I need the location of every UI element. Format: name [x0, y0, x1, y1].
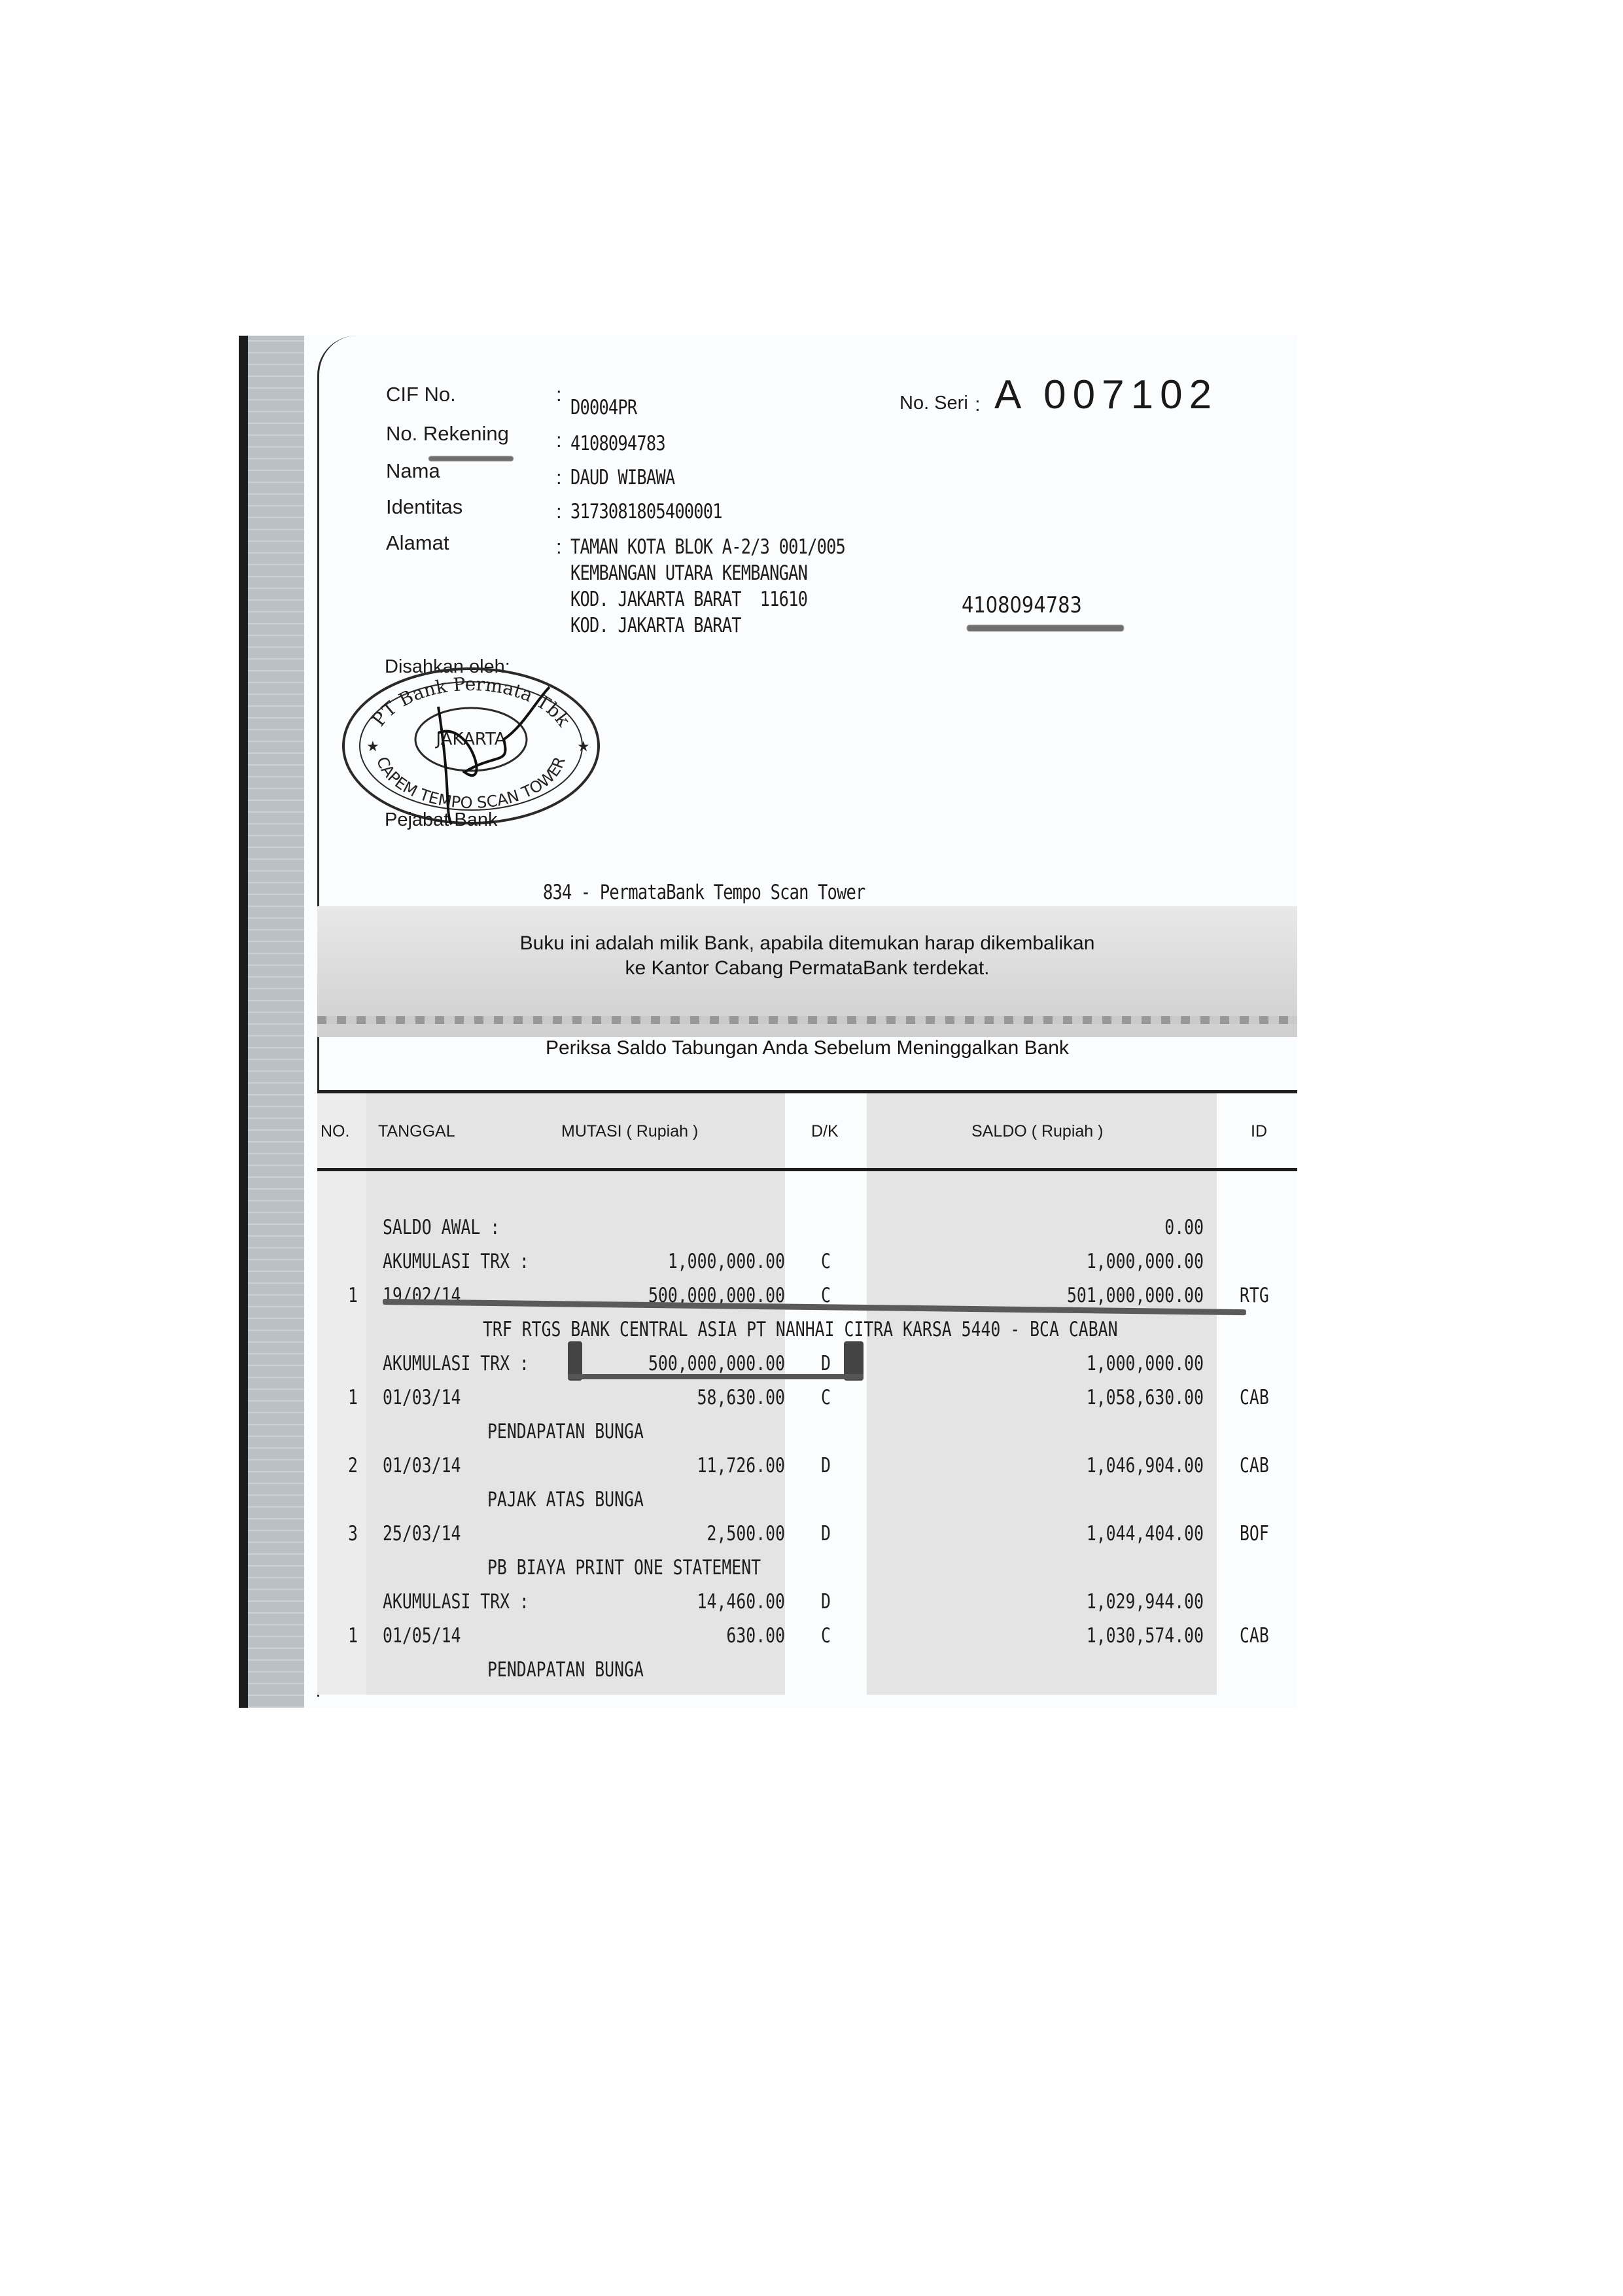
identitas-value: 3173081805400001: [570, 500, 722, 523]
row-id: CAB: [1240, 1386, 1269, 1409]
row-dk: D: [821, 1522, 831, 1545]
row-dk: D: [821, 1590, 831, 1614]
notice-line-1: Buku ini adalah milik Bank, apabila dite…: [317, 932, 1297, 955]
row-saldo: 1,029,944.00: [994, 1590, 1204, 1614]
table-top-rule: [317, 1090, 1297, 1093]
alamat-line-3: KOD. JAKARTA BARAT 11610: [570, 588, 807, 611]
passbook-binding: [239, 336, 304, 1708]
bank-stamp-icon: JAKARTA PT Bank Permata Tbk CAPEM TEMPO …: [340, 661, 615, 831]
svg-text:★: ★: [577, 738, 590, 754]
alamat-line-2: KEMBANGAN UTARA KEMBANGAN: [570, 561, 807, 585]
row-description: TRF RTGS BANK CENTRAL ASIA PT NANHAI CIT…: [483, 1318, 1118, 1341]
row-dk: D: [821, 1454, 831, 1477]
row-description: PB BIAYA PRINT ONE STATEMENT: [487, 1556, 761, 1580]
row-id: CAB: [1240, 1454, 1269, 1477]
colon: :: [556, 500, 562, 523]
row-dk: C: [821, 1624, 831, 1648]
row-saldo: 1,000,000.00: [994, 1352, 1204, 1375]
row-dk: D: [821, 1352, 831, 1375]
colon: :: [556, 429, 562, 452]
ink-underline: [967, 625, 1124, 631]
row-id: RTG: [1240, 1284, 1269, 1307]
seri-label: No. Seri: [899, 393, 968, 414]
alamat-line-4: KOD. JAKARTA BARAT: [570, 614, 741, 637]
row-mutasi: 14,460.00: [628, 1590, 785, 1614]
row-description: PENDAPATAN BUNGA: [487, 1658, 644, 1682]
cif-label: CIF No.: [386, 383, 456, 406]
nama-label: Nama: [386, 459, 440, 483]
row-mutasi: 58,630.00: [628, 1386, 785, 1409]
row-tanggal: 01/03/14: [383, 1386, 461, 1409]
row-no: 1: [348, 1386, 358, 1409]
no-column-shade: [317, 1093, 366, 1695]
row-no: 1: [348, 1624, 358, 1648]
row-description: PENDAPATAN BUNGA: [487, 1420, 644, 1443]
row-saldo: 1,044,404.00: [994, 1522, 1204, 1545]
row-dk: C: [821, 1386, 831, 1409]
row-description: PAJAK ATAS BUNGA: [487, 1488, 644, 1511]
saldo-reminder: Periksa Saldo Tabungan Anda Sebelum Meni…: [317, 1037, 1297, 1059]
row-mutasi: 500,000,000.00: [628, 1352, 785, 1375]
nama-value: DAUD WIBAWA: [570, 466, 674, 489]
svg-text:★: ★: [366, 738, 379, 754]
cif-value: D0004PR: [570, 396, 637, 419]
col-id: ID: [1251, 1122, 1267, 1141]
row-no: 1: [348, 1284, 358, 1307]
branch-name: 834 - PermataBank Tempo Scan Tower: [543, 881, 865, 904]
row-tanggal: AKUMULASI TRX :: [383, 1250, 529, 1273]
alamat-label: Alamat: [386, 531, 449, 555]
row-saldo: 1,000,000.00: [994, 1250, 1204, 1273]
rekening-value: 4108094783: [570, 432, 665, 455]
rekening-label: No. Rekening: [386, 422, 509, 446]
col-no: NO.: [321, 1122, 349, 1141]
row-saldo: 501,000,000.00: [994, 1284, 1204, 1307]
redaction-mark: [568, 1374, 864, 1379]
row-no: 2: [348, 1454, 358, 1477]
row-tanggal: 01/03/14: [383, 1454, 461, 1477]
row-id: BOF: [1240, 1522, 1269, 1545]
svg-text:CAPEM TEMPO SCAN TOWER: CAPEM TEMPO SCAN TOWER: [373, 754, 569, 812]
row-tanggal: AKUMULASI TRX :: [383, 1352, 529, 1375]
ink-scribble: [428, 456, 514, 461]
row-tanggal: 25/03/14: [383, 1522, 461, 1545]
notice-line-2: ke Kantor Cabang PermataBank terdekat.: [317, 957, 1297, 980]
col-dk: D/K: [811, 1122, 839, 1141]
colon: :: [556, 535, 562, 559]
row-saldo: 0.00: [994, 1216, 1204, 1239]
band-tear-edge: [317, 1016, 1297, 1024]
pejabat-label: Pejabat Bank: [385, 809, 498, 831]
col-saldo: SALDO ( Rupiah ): [971, 1122, 1103, 1141]
colon: :: [975, 393, 981, 416]
colon: :: [556, 383, 562, 406]
colon: :: [556, 466, 562, 489]
row-saldo: 1,030,574.00: [994, 1624, 1204, 1648]
row-dk: C: [821, 1250, 831, 1273]
row-mutasi: 630.00: [628, 1624, 785, 1648]
row-tanggal: SALDO AWAL :: [383, 1216, 500, 1239]
row-id: CAB: [1240, 1624, 1269, 1648]
row-tanggal: AKUMULASI TRX :: [383, 1590, 529, 1614]
handwritten-account: 4108094783: [962, 592, 1082, 618]
row-saldo: 1,046,904.00: [994, 1454, 1204, 1477]
row-mutasi: 2,500.00: [628, 1522, 785, 1545]
row-tanggal: 01/05/14: [383, 1624, 461, 1648]
col-tanggal: TANGGAL: [378, 1122, 455, 1141]
row-mutasi: 11,726.00: [628, 1454, 785, 1477]
row-saldo: 1,058,630.00: [994, 1386, 1204, 1409]
table-header-rule: [317, 1168, 1297, 1171]
row-mutasi: 1,000,000.00: [628, 1250, 785, 1273]
alamat-line-1: TAMAN KOTA BLOK A-2/3 001/005: [570, 535, 845, 559]
col-mutasi: MUTASI ( Rupiah ): [561, 1122, 698, 1141]
seri-value: A 007102: [994, 372, 1218, 418]
identitas-label: Identitas: [386, 495, 462, 519]
row-no: 3: [348, 1522, 358, 1545]
